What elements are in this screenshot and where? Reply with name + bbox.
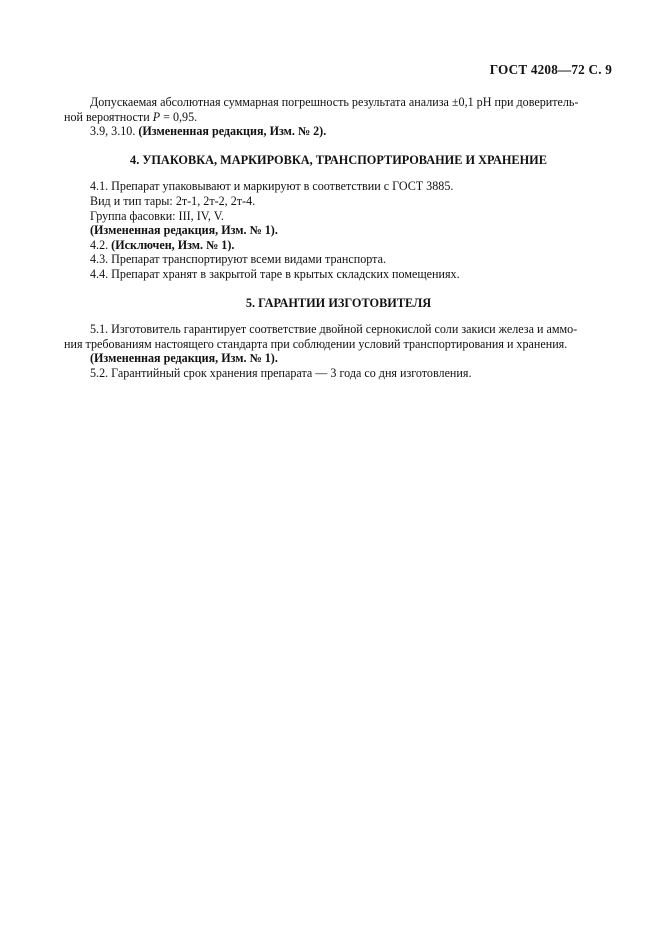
running-header: ГОСТ 4208—72 С. 9 (490, 62, 612, 78)
clause-text: 4.1. Препарат упаковывают и маркируют в … (90, 179, 453, 193)
probability-value: = 0,95. (160, 110, 197, 124)
clause-4-4: 4.4. Препарат хранят в закрытой таре в к… (64, 267, 613, 282)
clause-text: ния требованиям настоящего стандарта при… (64, 337, 567, 351)
container-types: Вид и тип тары: 2т-1, 2т-2, 2т-4. (64, 194, 613, 209)
clause-text: Группа фасовки: III, IV, V. (90, 209, 224, 223)
packing-groups: Группа фасовки: III, IV, V. (64, 209, 613, 224)
probability-label: ной вероятности (64, 110, 153, 124)
clause-5-1-line-1: 5.1. Изготовитель гарантирует соответств… (64, 322, 613, 337)
tolerance-line-2: ной вероятности P = 0,95. (64, 110, 613, 125)
section-5-title: 5. ГАРАНТИИ ИЗГОТОВИТЕЛЯ (64, 296, 613, 311)
clause-5-1-line-2: ния требованиям настоящего стандарта при… (64, 337, 613, 352)
amendment-4-1: (Измененная редакция, Изм. № 1). (64, 223, 613, 238)
clause-4-3: 4.3. Препарат транспортируют всеми видам… (64, 252, 613, 267)
clause-ref: 3.9, 3.10. (90, 124, 138, 138)
clause-text: 5.2. Гарантийный срок хранения препарата… (90, 366, 471, 380)
amendment-note: (Измененная редакция, Изм. № 1). (90, 351, 278, 365)
page-body: Допускаемая абсолютная суммарная погрешн… (64, 95, 613, 381)
clause-text: Вид и тип тары: 2т-1, 2т-2, 2т-4. (90, 194, 255, 208)
amendment-note: (Измененная редакция, Изм. № 2). (138, 124, 326, 138)
amendment-note: (Измененная редакция, Изм. № 1). (90, 223, 278, 237)
amendment-3-9: 3.9, 3.10. (Измененная редакция, Изм. № … (64, 124, 613, 139)
clause-text: 4.4. Препарат хранят в закрытой таре в к… (90, 267, 460, 281)
tolerance-text: Допускаемая абсолютная суммарная погрешн… (90, 95, 578, 109)
clause-text: 4.2. (90, 238, 111, 252)
tolerance-line-1: Допускаемая абсолютная суммарная погрешн… (64, 95, 613, 110)
clause-5-2: 5.2. Гарантийный срок хранения препарата… (64, 366, 613, 381)
amendment-5-1: (Измененная редакция, Изм. № 1). (64, 351, 613, 366)
clause-4-1: 4.1. Препарат упаковывают и маркируют в … (64, 179, 613, 194)
clause-text: 4.3. Препарат транспортируют всеми видам… (90, 252, 386, 266)
section-4-items: 4.1. Препарат упаковывают и маркируют в … (64, 179, 613, 281)
amendment-note: (Исключен, Изм. № 1). (111, 238, 234, 252)
clause-text: 5.1. Изготовитель гарантирует соответств… (90, 322, 577, 336)
probability-variable: P (153, 110, 160, 124)
clause-4-2: 4.2. (Исключен, Изм. № 1). (64, 238, 613, 253)
section-4-title: 4. УПАКОВКА, МАРКИРОВКА, ТРАНСПОРТИРОВАН… (64, 153, 613, 168)
